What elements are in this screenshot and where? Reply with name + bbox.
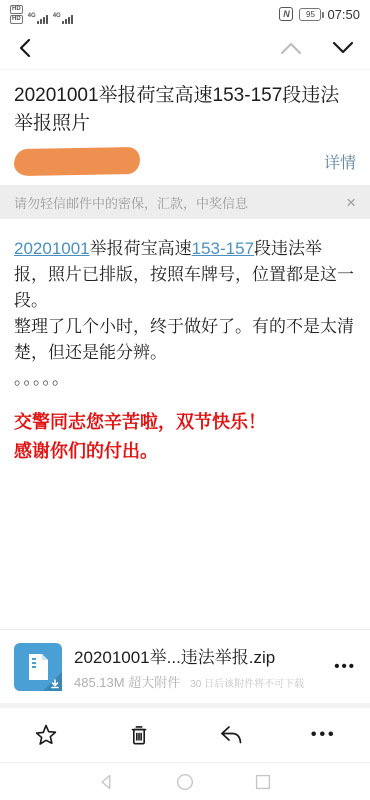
attachment-size: 485.13M 超大附件 — [74, 672, 180, 691]
signal-bars-icon — [37, 15, 48, 24]
signal-icon-sim1: 4G — [28, 15, 48, 24]
android-back-button[interactable] — [96, 771, 118, 793]
red-line-2: 感谢你们的付出。 — [14, 437, 356, 466]
more-dots-icon: ••• — [311, 726, 337, 744]
nav-square-icon — [252, 771, 274, 793]
status-right-icons: N 95 07:50 — [279, 7, 360, 22]
security-notice-banner: 请勿轻信邮件中的密保，汇款，中奖信息 × — [0, 185, 370, 219]
attachment-filename: 20201001举...违法举报.zip — [74, 643, 322, 668]
nav-triangle-icon — [96, 771, 118, 793]
reply-button[interactable] — [185, 708, 278, 762]
star-button[interactable] — [0, 708, 93, 762]
details-button[interactable]: 详情 — [324, 150, 356, 173]
body-link-date[interactable]: 20201001 — [14, 239, 90, 258]
attachment-meta: 485.13M 超大附件 30 日后该附件将不可下载 — [74, 672, 322, 691]
star-icon — [33, 722, 59, 748]
chevron-up-icon — [278, 40, 304, 56]
status-bar: HD HD 4G 4G N 95 07:50 — [0, 0, 370, 26]
security-notice-text: 请勿轻信邮件中的密保，汇款，中奖信息 — [14, 193, 248, 212]
sender-row: 详情 — [14, 148, 356, 175]
chevron-left-icon — [14, 36, 38, 60]
body-paragraph-1: 20201001举报荷宝高速153-157段违法举报，照片已排版，按照车牌号，位… — [14, 236, 356, 314]
reply-arrow-icon — [217, 722, 245, 748]
status-time: 07:50 — [327, 7, 360, 22]
email-app-screen: HD HD 4G 4G N 95 07:50 — [0, 0, 370, 800]
android-navigation-bar — [0, 762, 370, 800]
network-type-label: 4G — [28, 13, 36, 19]
notice-close-icon[interactable]: × — [346, 194, 356, 211]
volte-hd-icons: HD HD — [10, 5, 23, 24]
back-button[interactable] — [14, 36, 38, 60]
volte-hd-icon-sim2: HD — [10, 15, 23, 24]
status-left-icons: HD HD 4G 4G — [10, 5, 73, 24]
body-link-section[interactable]: 153-157 — [192, 239, 254, 258]
body-text: 举报荷宝高速 — [90, 239, 192, 258]
attachment-expiry-note: 30 日后该附件将不可下载 — [190, 675, 304, 690]
zip-file-icon — [14, 643, 62, 691]
attachment-card[interactable]: 20201001举...违法举报.zip 485.13M 超大附件 30 日后该… — [0, 629, 370, 703]
delete-button[interactable] — [93, 708, 186, 762]
signal-icon-sim2: 4G — [53, 15, 73, 24]
battery-level: 95 — [306, 10, 315, 19]
trash-icon — [126, 722, 152, 748]
battery-icon: 95 — [299, 8, 321, 21]
email-subject: 20201001举报荷宝高速153-157段违法举报照片 — [14, 82, 356, 138]
signal-bars-icon — [62, 15, 73, 24]
sender-redaction-scribble — [14, 147, 140, 176]
previous-email-button[interactable] — [278, 40, 304, 56]
email-header: 20201001举报荷宝高速153-157段违法举报照片 详情 — [0, 70, 370, 185]
email-nav-bar — [0, 26, 370, 70]
more-actions-button[interactable]: ••• — [278, 708, 370, 762]
next-email-button[interactable] — [330, 40, 356, 56]
body-red-greeting: 交警同志您辛苦啦，双节快乐！ 感谢你们的付出。 — [14, 408, 356, 466]
network-type-label: 4G — [53, 13, 61, 19]
nfc-icon: N — [279, 7, 293, 21]
attachment-more-button[interactable]: ••• — [334, 652, 356, 681]
email-action-toolbar: ••• — [0, 708, 370, 762]
body-paragraph-2: 整理了几个小时，终于做好了。有的不是太清楚，但还是能分辨。 — [14, 314, 356, 366]
chevron-down-icon — [330, 40, 356, 56]
body-ellipsis-dots: 。。。。。 — [14, 366, 356, 392]
android-home-button[interactable] — [174, 771, 196, 793]
red-line-1: 交警同志您辛苦啦，双节快乐！ — [14, 408, 356, 437]
email-body: 20201001举报荷宝高速153-157段违法举报，照片已排版，按照车牌号，位… — [0, 219, 370, 466]
android-recents-button[interactable] — [252, 771, 274, 793]
attachment-info: 20201001举...违法举报.zip 485.13M 超大附件 30 日后该… — [74, 643, 322, 691]
volte-hd-icon-sim1: HD — [10, 5, 23, 14]
nav-circle-icon — [174, 771, 196, 793]
body-whitespace — [0, 466, 370, 629]
